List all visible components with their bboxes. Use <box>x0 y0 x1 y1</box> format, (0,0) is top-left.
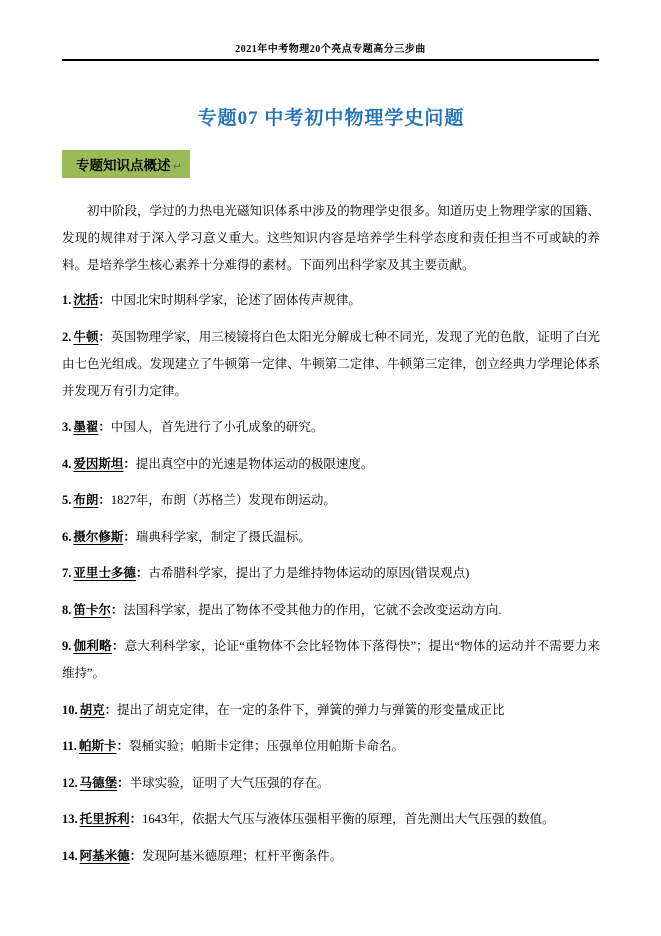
scientist-colon: ： <box>98 493 111 507</box>
scientist-description: 裂桶实验；帕斯卡定律；压强单位用帕斯卡命名。 <box>129 739 404 753</box>
scientist-colon: ： <box>130 849 143 863</box>
scientist-colon: ： <box>130 812 143 826</box>
header-title: 2021年中考物理20个亮点专题高分三步曲 <box>62 0 599 55</box>
scientist-colon: ： <box>105 703 118 717</box>
scientist-description: 提出了胡克定律，在一定的条件下，弹簧的弹力与弹簧的形变量成正比 <box>117 703 505 717</box>
scientist-name: 亚里士多德 <box>73 566 136 580</box>
scientist-description: 1643年，依据大气压与液体压强相平衡的原理，首先测出大气压强的数值。 <box>142 812 555 826</box>
scientist-name: 托里拆利 <box>80 812 130 826</box>
scientist-colon: ： <box>99 330 112 344</box>
page-header: 2021年中考物理20个亮点专题高分三步曲 <box>62 0 599 61</box>
scientist-description: 提出真空中的光速是物体运动的极限速度。 <box>136 457 374 471</box>
scientist-number: 7. <box>62 566 71 580</box>
scientist-description: 1827年，布朗（苏格兰）发现布朗运动。 <box>111 493 336 507</box>
scientist-number: 9. <box>62 639 71 653</box>
page-title: 专题07 中考初中物理学史问题 <box>62 103 600 130</box>
scientist-name: 帕斯卡 <box>79 739 117 753</box>
scientist-description: 意大利科学家，论证“重物体不会比轻物体下落得快”；提出“物体的运动并不需要力来维… <box>62 639 600 680</box>
badge-row: 专题知识点概述↵ <box>62 150 600 178</box>
scientist-description: 法国科学家，提出了物体不受其他力的作用，它就不会改变运动方向. <box>123 603 501 617</box>
scientist-number: 11. <box>62 739 77 753</box>
scientist-name: 伽利略 <box>73 639 111 653</box>
scientist-name: 笛卡尔 <box>73 603 111 617</box>
scientist-colon: ： <box>111 603 124 617</box>
scientist-item: 13.托里拆利：1643年，依据大气压与液体压强相平衡的原理，首先测出大气压强的… <box>62 806 600 833</box>
scientist-number: 14. <box>62 849 78 863</box>
scientist-colon: ： <box>123 530 136 544</box>
scientist-description: 半球实验，证明了大气压强的存在。 <box>130 776 330 790</box>
scientist-number: 1. <box>62 293 71 307</box>
section-badge-label: 专题知识点概述 <box>76 158 171 173</box>
scientist-description: 中国人，首先进行了小孔成象的研究。 <box>111 420 324 434</box>
scientist-colon: ： <box>136 566 149 580</box>
scientist-item: 6.摄尔修斯：瑞典科学家，制定了摄氏温标。 <box>62 524 600 551</box>
scientist-number: 4. <box>62 457 71 471</box>
scientist-colon: ： <box>112 639 125 653</box>
intro-paragraph: 初中阶段，学过的力热电光磁知识体系中涉及的物理学史很多。知道历史上物理学家的国籍… <box>62 198 600 279</box>
scientist-item: 7.亚里士多德：古希腊科学家，提出了力是维持物体运动的原因(错误观点) <box>62 560 600 587</box>
scientist-colon: ： <box>117 776 130 790</box>
scientist-description: 古希腊科学家，提出了力是维持物体运动的原因(错误观点) <box>148 566 469 580</box>
scientist-item: 5.布朗：1827年，布朗（苏格兰）发现布朗运动。 <box>62 487 600 514</box>
scientist-colon: ： <box>98 420 111 434</box>
scientist-item: 4.爱因斯坦：提出真空中的光速是物体运动的极限速度。 <box>62 451 600 478</box>
scientist-item: 11.帕斯卡：裂桶实验；帕斯卡定律；压强单位用帕斯卡命名。 <box>62 733 600 760</box>
scientist-name: 牛顿 <box>73 330 98 344</box>
scientist-number: 8. <box>62 603 71 617</box>
scientist-name: 沈括 <box>73 293 98 307</box>
scientist-name: 阿基米德 <box>80 849 130 863</box>
scientist-name: 摄尔修斯 <box>73 530 123 544</box>
scientist-item: 10.胡克：提出了胡克定律，在一定的条件下，弹簧的弹力与弹簧的形变量成正比 <box>62 697 600 724</box>
document-content: 专题07 中考初中物理学史问题 专题知识点概述↵ 初中阶段，学过的力热电光磁知识… <box>62 61 600 879</box>
scientist-number: 3. <box>62 420 71 434</box>
scientist-list: 1.沈括：中国北宋时期科学家，论述了固体传声规律。 2.牛顿：英国物理学家，用三… <box>62 287 600 870</box>
scientist-name: 墨翟 <box>73 420 98 434</box>
scientist-item: 8.笛卡尔：法国科学家，提出了物体不受其他力的作用，它就不会改变运动方向. <box>62 597 600 624</box>
scientist-item: 2.牛顿：英国物理学家，用三棱镜将白色太阳光分解成七种不同光，发现了光的色散，证… <box>62 324 600 405</box>
scientist-item: 12.马德堡：半球实验，证明了大气压强的存在。 <box>62 770 600 797</box>
scientist-number: 12. <box>62 776 78 790</box>
scientist-colon: ： <box>98 293 111 307</box>
scientist-number: 2. <box>62 330 71 344</box>
scientist-name: 马德堡 <box>80 776 118 790</box>
scientist-item: 9.伽利略：意大利科学家，论证“重物体不会比轻物体下落得快”；提出“物体的运动并… <box>62 633 600 687</box>
scientist-description: 英国物理学家，用三棱镜将白色太阳光分解成七种不同光，发现了光的色散，证明了白光由… <box>62 330 600 398</box>
scientist-description: 发现阿基米德原理；杠杆平衡条件。 <box>142 849 342 863</box>
scientist-number: 5. <box>62 493 71 507</box>
paragraph-mark-icon: ↵ <box>173 161 182 173</box>
scientist-name: 爱因斯坦 <box>73 457 123 471</box>
scientist-name: 布朗 <box>73 493 98 507</box>
scientist-name: 胡克 <box>80 703 105 717</box>
scientist-colon: ： <box>116 739 129 753</box>
scientist-colon: ： <box>123 457 136 471</box>
scientist-number: 10. <box>62 703 78 717</box>
scientist-description: 瑞典科学家，制定了摄氏温标。 <box>136 530 311 544</box>
section-badge: 专题知识点概述↵ <box>62 150 190 178</box>
scientist-description: 中国北宋时期科学家，论述了固体传声规律。 <box>111 293 361 307</box>
scientist-item: 14.阿基米德：发现阿基米德原理；杠杆平衡条件。 <box>62 843 600 870</box>
scientist-item: 1.沈括：中国北宋时期科学家，论述了固体传声规律。 <box>62 287 600 314</box>
scientist-item: 3.墨翟：中国人，首先进行了小孔成象的研究。 <box>62 414 600 441</box>
scientist-number: 6. <box>62 530 71 544</box>
scientist-number: 13. <box>62 812 78 826</box>
document-page: 2021年中考物理20个亮点专题高分三步曲 专题07 中考初中物理学史问题 专题… <box>0 0 661 936</box>
